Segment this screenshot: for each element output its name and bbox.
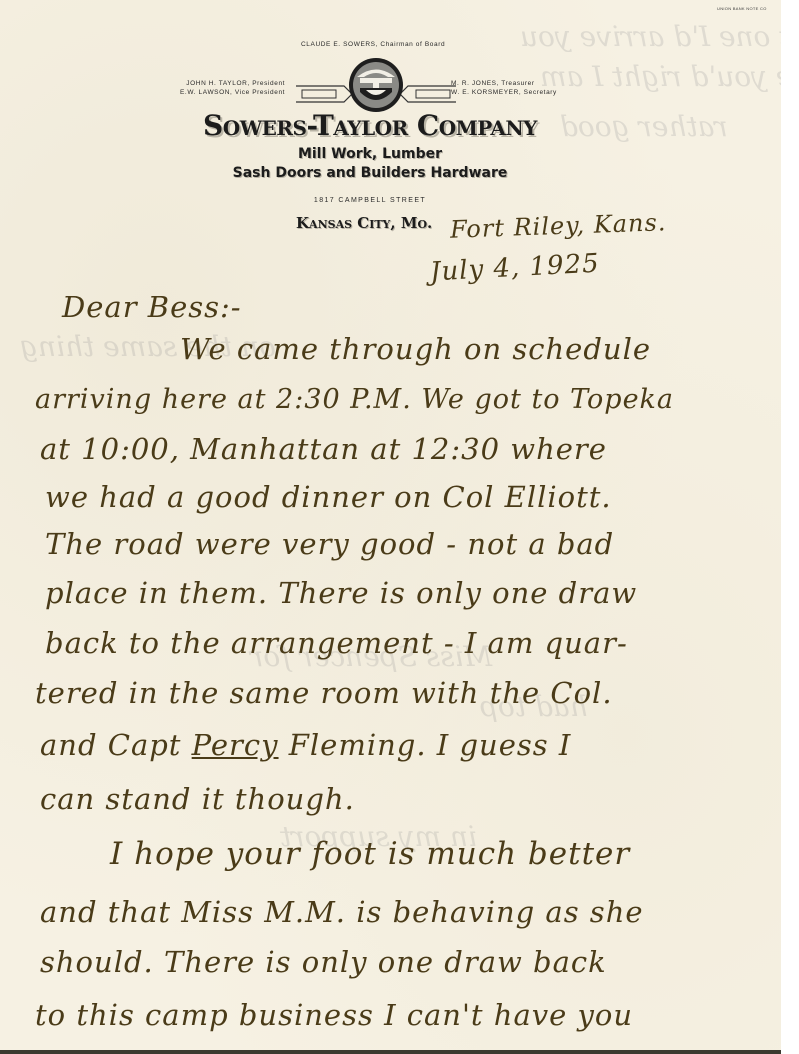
letter-line: we had a good dinner on Col Elliott. — [45, 480, 612, 514]
officer-treasurer: M. R. JONES, Treasurer — [451, 79, 557, 88]
chairman-line: CLAUDE E. SOWERS, Chairman of Board — [301, 41, 445, 48]
city-address: Kansas City, Mo. — [296, 214, 432, 232]
scan-margin — [781, 0, 799, 1054]
letter-line: should. There is only one draw back — [40, 945, 607, 979]
scan-bottom-edge — [0, 1050, 781, 1054]
officer-secretary: W. E. KORSMEYER, Secretary — [451, 88, 557, 97]
letter-line: and Capt Percy Fleming. I guess I — [40, 728, 571, 762]
tagline-products: Mill Work, Lumber — [150, 146, 590, 162]
letter-text: Fleming. I guess I — [289, 728, 572, 762]
letter-date: July 4, 1925 — [429, 249, 600, 288]
letter-line: arriving here at 2:30 P.M. We got to Top… — [35, 384, 674, 415]
letter-page: to the next one I'd arrive you I hope yo… — [0, 0, 781, 1050]
letter-line: to this camp business I can't have you — [35, 998, 633, 1032]
officers-left: JOHN H. TAYLOR, President E.W. LAWSON, V… — [180, 79, 285, 97]
officer-vice-president: E.W. LAWSON, Vice President — [180, 88, 285, 97]
letter-line: back to the arrangement - I am quar- — [45, 626, 628, 660]
letter-line: The road were very good - not a bad — [45, 527, 614, 561]
bleed-through-text: to the next one I'd arrive you — [520, 20, 781, 53]
bleed-through-text: I hope you'd right I am — [540, 60, 781, 93]
letter-salutation: Dear Bess:- — [62, 290, 242, 324]
letter-line: We came through on schedule — [180, 332, 651, 366]
letter-line: can stand it though. — [40, 782, 355, 816]
letter-text: and Capt — [40, 728, 181, 762]
street-address: 1817 CAMPBELL STREET — [150, 197, 590, 204]
letter-line: place in them. There is only one draw — [45, 576, 637, 610]
letter-line: tered in the same room with the Col. — [35, 676, 613, 710]
letter-place: Fort Riley, Kans. — [450, 208, 667, 244]
tagline-hardware: Sash Doors and Builders Hardware — [150, 165, 590, 181]
officer-president: JOHN H. TAYLOR, President — [180, 79, 285, 88]
letter-line: at 10:00, Manhattan at 12:30 where — [40, 432, 607, 466]
letter-line: I hope your foot is much better — [110, 836, 630, 872]
printer-mark: UNION BANK NOTE CO — [717, 6, 767, 11]
letter-text-underlined: Percy — [192, 728, 279, 762]
letter-line: and that Miss M.M. is behaving as she — [40, 895, 644, 929]
officers-right: M. R. JONES, Treasurer W. E. KORSMEYER, … — [451, 79, 557, 97]
st-monogram-emblem-icon — [296, 50, 456, 112]
company-name: Sowers-Taylor Company — [150, 109, 590, 142]
